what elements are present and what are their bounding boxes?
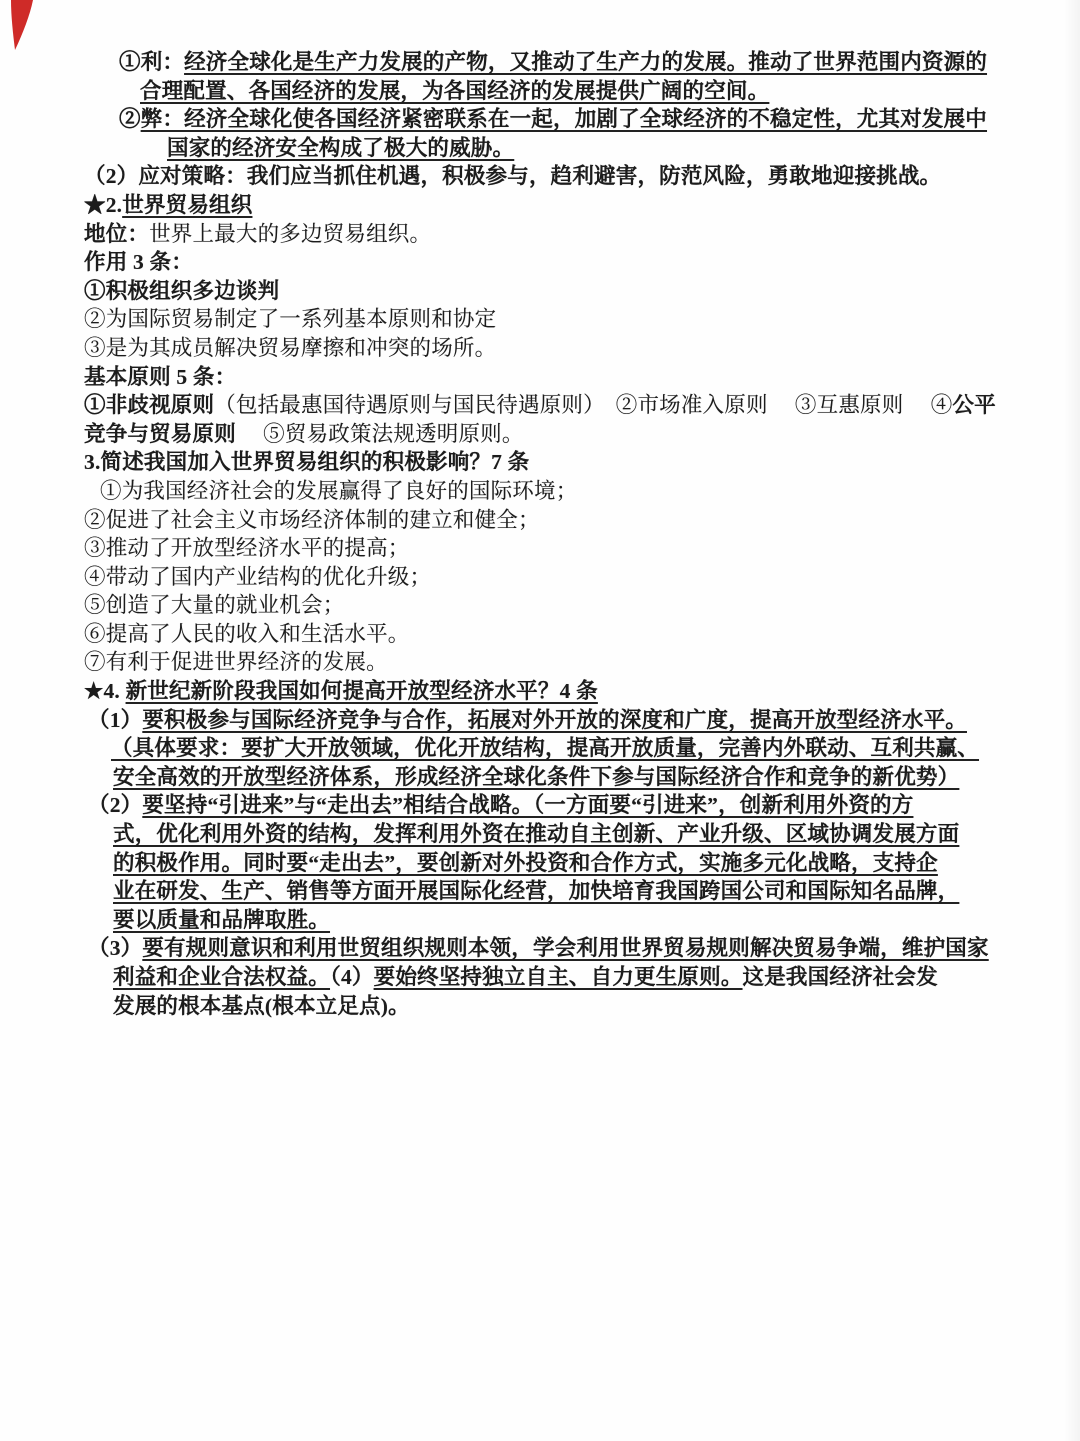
text-line: 合理配置、各国经济的发展，为各国经济的发展提供广阔的空间。 xyxy=(84,77,1080,106)
text-line: ★2.世界贸易组织 xyxy=(84,191,1080,220)
text-line: ②弊：经济全球化使各国经济紧密联系在一起，加剧了全球经济的不稳定性，尤其对发展中 xyxy=(84,105,1080,134)
text-run: 新世纪新阶段我国如何提高开放型经济水平？4 条 xyxy=(126,679,598,703)
text-line: ★4. 新世纪新阶段我国如何提高开放型经济水平？4 条 xyxy=(84,677,1080,706)
text-run: 发展的根本基点(根本立足点)。 xyxy=(113,994,410,1018)
text-line: ②促进了社会主义市场经济体制的建立和健全； xyxy=(84,506,1080,535)
text-line: 业在研发、生产、销售等方面开展国际化经营，加快培育我国跨国公司和国际知名品牌， xyxy=(84,877,1080,906)
text-run: 合理配置、各国经济的发展，为各国经济的发展提供广阔的空间。 xyxy=(140,79,769,103)
text-run: ★2. xyxy=(84,193,122,217)
text-run: 经济全球化是生产力发展的产物，又推动了生产力的发展。推动了世界范围内资源的 xyxy=(184,50,987,74)
text-run: 的积极作用。同时要“走出去”，要创新对外投资和合作方式，实施多元化战略，支持企 xyxy=(113,851,938,875)
text-run: ②为国际贸易制定了一系列基本原则和协定 xyxy=(84,307,496,331)
text-run: ③是为其成员解决贸易摩擦和冲突的场所。 xyxy=(84,336,496,360)
text-run: （4） xyxy=(330,965,374,989)
text-run: ①非歧视原则 xyxy=(84,393,214,417)
text-run: 世界上最大的多边贸易组织。 xyxy=(149,222,431,246)
text-line: ⑥提高了人民的收入和生活水平。 xyxy=(84,620,1080,649)
text-line: 发展的根本基点(根本立足点)。 xyxy=(84,992,1080,1021)
text-run: 要坚持“引进来”与“走出去”相结合战略。（一方面要“引进来”，创新利用外资的方 xyxy=(142,793,913,817)
text-line: 作用 3 条： xyxy=(84,248,1080,277)
text-run: 3.简述我国加入世界贸易组织的积极影响？7 条 xyxy=(84,450,529,474)
text-run: 利益和企业合法权益。 xyxy=(113,965,330,989)
text-run: 基本原则 5 条： xyxy=(84,365,236,389)
text-run: 要以质量和品牌取胜。 xyxy=(113,908,330,932)
document-page: ①利：经济全球化是生产力发展的产物，又推动了生产力的发展。推动了世界范围内资源的… xyxy=(0,0,1080,1441)
text-line: 地位：世界上最大的多边贸易组织。 xyxy=(84,220,1080,249)
text-run: ② xyxy=(119,107,141,131)
text-run: （3） xyxy=(88,936,142,960)
document-text: ①利：经济全球化是生产力发展的产物，又推动了生产力的发展。推动了世界范围内资源的… xyxy=(84,48,1080,1020)
text-line: 的积极作用。同时要“走出去”，要创新对外投资和合作方式，实施多元化战略，支持企 xyxy=(84,849,1080,878)
text-line: ③是为其成员解决贸易摩擦和冲突的场所。 xyxy=(84,334,1080,363)
text-line: （2）应对策略：我们应当抓住机遇，积极参与，趋利避害，防范风险，勇敢地迎接挑战。 xyxy=(84,162,1080,191)
text-line: 3.简述我国加入世界贸易组织的积极影响？7 条 xyxy=(84,448,1080,477)
text-run: 式，优化利用外资的结构，发挥利用外资在推动自主创新、产业升级、区域协调发展方面 xyxy=(113,822,959,846)
text-line: 式，优化利用外资的结构，发挥利用外资在推动自主创新、产业升级、区域协调发展方面 xyxy=(84,820,1080,849)
text-run: ★4. xyxy=(84,679,120,703)
text-line: 竞争与贸易原则 ⑤贸易政策法规透明原则。 xyxy=(84,420,1080,449)
text-run: （具体要求：要扩大开放领域，优化开放结构，提高开放质量，完善内外联动、互利共赢、 xyxy=(111,736,979,760)
text-line: （具体要求：要扩大开放领域，优化开放结构，提高开放质量，完善内外联动、互利共赢、 xyxy=(84,734,1080,763)
text-line: ①非歧视原则（包括最惠国待遇原则与国民待遇原则） ②市场准入原则 ③互惠原则 ④… xyxy=(84,391,1080,420)
text-line: ①积极组织多边谈判 xyxy=(84,277,1080,306)
text-run: ④带动了国内产业结构的优化升级； xyxy=(84,565,431,589)
text-run: ⑤贸易政策法规透明原则。 xyxy=(236,422,524,446)
text-line: ④带动了国内产业结构的优化升级； xyxy=(84,563,1080,592)
text-line: （3）要有规则意识和利用世贸组织规则本领，学会利用世界贸易规则解决贸易争端，维护… xyxy=(84,934,1080,963)
text-run: 安全高效的开放型经济体系，形成经济全球化条件下参与国际经济合作和竞争的新优势） xyxy=(113,765,959,789)
text-run: ①积极组织多边谈判 xyxy=(84,279,279,303)
text-run: （包括最惠国待遇原则与国民待遇原则） ②市场准入原则 ③互惠原则 ④ xyxy=(214,393,952,417)
text-run: 作用 3 条： xyxy=(84,250,193,274)
text-run: 地位： xyxy=(84,222,149,246)
text-run: 世界贸易组织 xyxy=(122,193,252,217)
text-line: ②为国际贸易制定了一系列基本原则和协定 xyxy=(84,305,1080,334)
text-line: ⑦有利于促进世界经济的发展。 xyxy=(84,648,1080,677)
text-line: （2）要坚持“引进来”与“走出去”相结合战略。（一方面要“引进来”，创新利用外资… xyxy=(84,791,1080,820)
text-run: ①为我国经济社会的发展赢得了良好的国际环境； xyxy=(100,479,577,503)
text-run: 要始终坚持独立自主、自力更生原则。 xyxy=(374,965,743,989)
text-line: ①利：经济全球化是生产力发展的产物，又推动了生产力的发展。推动了世界范围内资源的 xyxy=(84,48,1080,77)
text-run: 弊：经济全球化使各国经济紧密联系在一起，加剧了全球经济的不稳定性，尤其对发展中 xyxy=(141,107,987,131)
text-line: 要以质量和品牌取胜。 xyxy=(84,906,1080,935)
text-run: 公平 xyxy=(952,393,995,417)
text-run: （1） xyxy=(88,708,142,732)
text-run: （2） xyxy=(88,793,142,817)
text-run: ⑤创造了大量的就业机会； xyxy=(84,593,344,617)
red-pen-mark xyxy=(7,0,39,52)
text-line: ①为我国经济社会的发展赢得了良好的国际环境； xyxy=(84,477,1080,506)
text-line: 安全高效的开放型经济体系，形成经济全球化条件下参与国际经济合作和竞争的新优势） xyxy=(84,763,1080,792)
text-line: 国家的经济安全构成了极大的威胁。 xyxy=(84,134,1080,163)
text-run: 竞争与贸易原则 xyxy=(84,422,236,446)
text-run: ⑥提高了人民的收入和生活水平。 xyxy=(84,622,410,646)
text-line: （1）要积极参与国际经济竞争与合作，拓展对外开放的深度和广度，提高开放型经济水平… xyxy=(84,706,1080,735)
text-run: 国家的经济安全构成了极大的威胁。 xyxy=(167,136,514,160)
text-line: ⑤创造了大量的就业机会； xyxy=(84,591,1080,620)
text-run: ①利： xyxy=(119,50,184,74)
text-run: 这是我国经济社会发 xyxy=(743,965,938,989)
text-run: （2）应对策略：我们应当抓住机遇，积极参与，趋利避害，防范风险，勇敢地迎接挑战。 xyxy=(84,164,941,188)
text-run: 要有规则意识和利用世贸组织规则本领，学会利用世界贸易规则解决贸易争端，维护国家 xyxy=(142,936,988,960)
text-run: ②促进了社会主义市场经济体制的建立和健全； xyxy=(84,508,540,532)
text-run: ③推动了开放型经济水平的提高； xyxy=(84,536,410,560)
text-run: 业在研发、生产、销售等方面开展国际化经营，加快培育我国跨国公司和国际知名品牌， xyxy=(113,879,959,903)
text-run: 要积极参与国际经济竞争与合作，拓展对外开放的深度和广度，提高开放型经济水平。 xyxy=(142,708,967,732)
text-line: 基本原则 5 条： xyxy=(84,363,1080,392)
text-run: ⑦有利于促进世界经济的发展。 xyxy=(84,650,388,674)
text-line: ③推动了开放型经济水平的提高； xyxy=(84,534,1080,563)
text-line: 利益和企业合法权益。（4）要始终坚持独立自主、自力更生原则。这是我国经济社会发 xyxy=(84,963,1080,992)
